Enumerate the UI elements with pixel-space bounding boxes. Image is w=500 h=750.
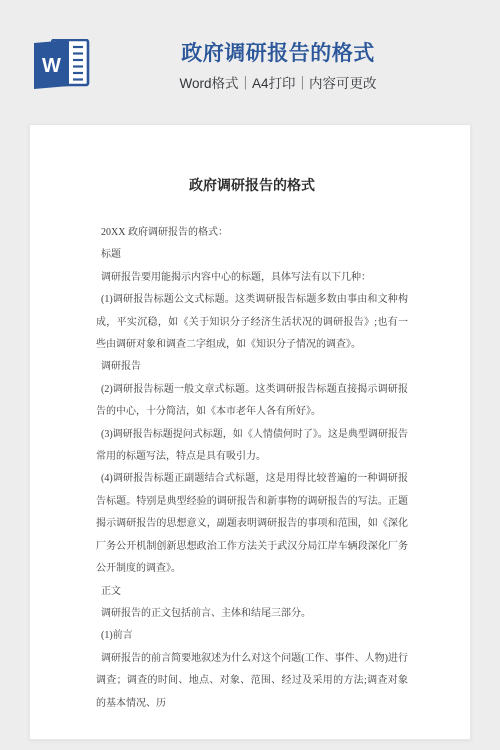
- svg-text:W: W: [42, 55, 61, 77]
- header: W 政府调研报告的格式 Word格式｜A4打印｜内容可更改: [0, 0, 500, 124]
- document-paragraph: (1)前言: [96, 625, 408, 647]
- document-paragraph: (4)调研报告标题正副题结合式标题，这是用得比较普遍的一种调研报告标题。特别是典…: [96, 468, 408, 580]
- document-title: 政府调研报告的格式: [96, 176, 408, 198]
- document-paragraph: 调研报告的前言简要地叙述为什么对这个问题(工作、事件、人物)进行调查；调查的时间…: [96, 648, 408, 715]
- page-subtitle: Word格式｜A4打印｜内容可更改: [56, 75, 500, 93]
- document-paragraph: 调研报告的正文包括前言、主体和结尾三部分。: [96, 603, 408, 625]
- document-paragraph: (1)调研报告标题公文式标题。这类调研报告标题多数由事由和文种构成，平实沉稳，如…: [96, 289, 408, 356]
- word-logo-icon: W: [32, 39, 90, 89]
- document-paragraph: 调研报告: [96, 356, 408, 378]
- document-page-preview: 政府调研报告的格式 20XX 政府调研报告的格式： 标题 调研报告要用能揭示内容…: [29, 124, 471, 740]
- document-paragraph: 调研报告要用能揭示内容中心的标题，具体写法有以下几种：: [96, 267, 408, 289]
- document-paragraph: 正文: [96, 581, 408, 603]
- screen: W 政府调研报告的格式 Word格式｜A4打印｜内容可更改 政府调研报告的格式 …: [0, 0, 500, 750]
- document-paragraph: 标题: [96, 244, 408, 266]
- page-title: 政府调研报告的格式: [56, 40, 500, 68]
- document-paragraph: (2)调研报告标题一般文章式标题。这类调研报告标题直接揭示调研报告的中心，十分简…: [96, 379, 408, 424]
- document-paragraph: 20XX 政府调研报告的格式：: [96, 222, 408, 244]
- document-paragraph: (3)调研报告标题提问式标题，如《人情债何时了》。这是典型调研报告常用的标题写法…: [96, 424, 408, 469]
- document-body: 20XX 政府调研报告的格式： 标题 调研报告要用能揭示内容中心的标题，具体写法…: [96, 222, 408, 715]
